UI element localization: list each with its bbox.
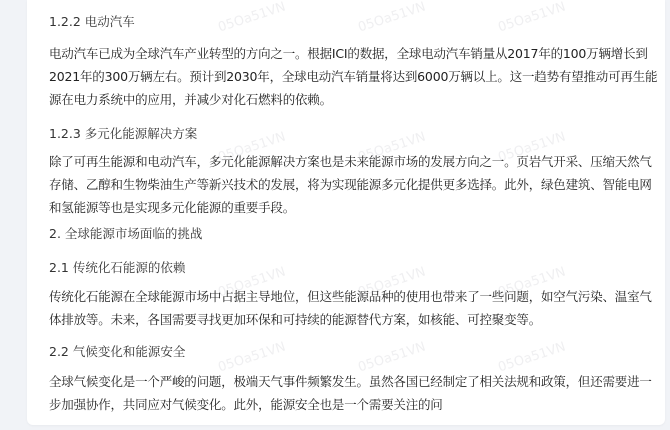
- heading-electric-vehicles: 1.2.2 电动汽车: [49, 12, 135, 30]
- text-line: 2021年的300万辆左右。预计到2030年，全球电动汽车销量将达到6000万辆…: [49, 65, 649, 88]
- heading-fossil-dependence: 2.1 传统化石能源的依赖: [49, 258, 185, 276]
- text-line: 传统化石能源在全球能源市场中占据主导地位，但这些能源品种的使用也带来了一些问题，…: [49, 285, 649, 308]
- paragraph-climate-security: 全球气候变化是一个严峻的问题，极端天气事件频繁发生。虽然各国已经制定了相关法规和…: [49, 370, 649, 416]
- text-line: 电动汽车已成为全球汽车产业转型的方向之一。根据ICI的数据，全球电动汽车销量从2…: [49, 42, 649, 65]
- heading-climate-security: 2.2 气候变化和能源安全: [49, 342, 185, 360]
- document-card: 1.2.2 电动汽车 电动汽车已成为全球汽车产业转型的方向之一。根据ICI的数据…: [27, 0, 665, 425]
- text-line: 存储、乙醇和生物柴油生产等新兴技术的发展，将为实现能源多元化提供更多选择。此外，…: [49, 173, 649, 196]
- text-line: 体排放等。未来，各国需要寻找更加环保和可持续的能源替代方案，如核能、可控聚变等。: [49, 308, 649, 331]
- text-line: 步加强协作，共同应对气候变化。此外，能源安全也是一个需要关注的问: [49, 393, 649, 416]
- paragraph-fossil-dependence: 传统化石能源在全球能源市场中占据主导地位，但这些能源品种的使用也带来了一些问题，…: [49, 285, 649, 331]
- text-line: 除了可再生能源和电动汽车，多元化能源解决方案也是未来能源市场的发展方向之一。页岩…: [49, 150, 649, 173]
- paragraph-electric-vehicles: 电动汽车已成为全球汽车产业转型的方向之一。根据ICI的数据，全球电动汽车销量从2…: [49, 42, 649, 111]
- paragraph-diversified-energy: 除了可再生能源和电动汽车，多元化能源解决方案也是未来能源市场的发展方向之一。页岩…: [49, 150, 649, 219]
- text-line: 和氢能源等也是实现多元化能源的重要手段。: [49, 196, 649, 219]
- heading-diversified-energy: 1.2.3 多元化能源解决方案: [49, 124, 197, 142]
- text-line: 全球气候变化是一个严峻的问题，极端天气事件频繁发生。虽然各国已经制定了相关法规和…: [49, 370, 649, 393]
- watermark: 05Oa51VN: [496, 0, 567, 35]
- text-line: 源在电力系统中的应用，并减少对化石燃料的依赖。: [49, 88, 649, 111]
- heading-challenges: 2. 全球能源市场面临的挑战: [49, 224, 202, 242]
- watermark: 05Oa51VN: [356, 0, 427, 35]
- watermark: 05Oa51VN: [216, 0, 287, 35]
